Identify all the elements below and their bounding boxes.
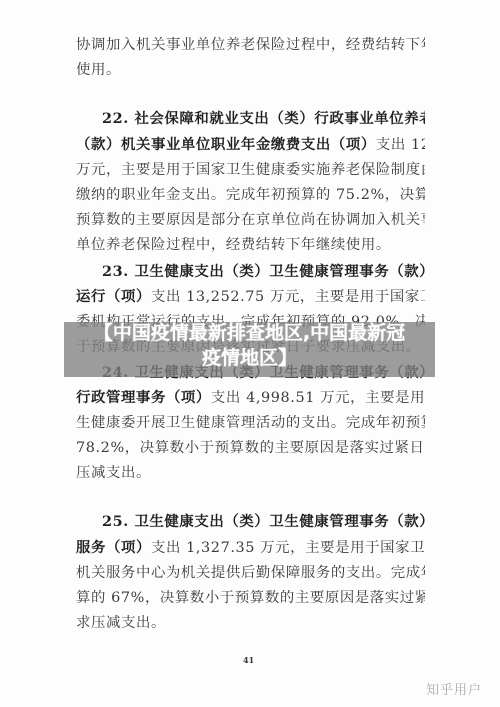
watermark: 知乎用户: [426, 679, 482, 698]
overlay-title: 【中国疫情最新排查地区,中国最新冠 疫情地区】: [64, 321, 435, 371]
paragraph-line: 缴纳的职业年金支出。完成年初预算的 75.2%，决算数小于: [76, 185, 425, 205]
paragraph-line: 78.2%，决算数小于预算数的主要原因是落实过紧日子要求: [76, 438, 425, 458]
paragraph-line: 服务（项）支出 1,327.35 万元，主要是用于国家卫生健康委: [76, 538, 425, 558]
page-number: 41: [243, 655, 254, 665]
section-heading-22: 22. 社会保障和就业支出（类）行政事业单位养老支出: [102, 109, 425, 129]
paragraph-line: 使用。: [76, 60, 425, 80]
paragraph-line: 万元，主要是用于国家卫生健康委实施养老保险制度由单位: [76, 160, 425, 180]
paragraph-line: 求压减支出。: [76, 613, 425, 633]
paragraph-line: 单位养老保险过程中，经费结转下年继续使用。: [76, 235, 425, 255]
paragraph-line: 预算数的主要原因是部分在京单位尚在协调加入机关事业: [76, 210, 425, 230]
overlay-title-line-2: 疫情地区】: [64, 346, 435, 371]
paragraph-line: 运行（项）支出 13,252.75 万元，主要是用于国家卫生健康: [76, 287, 425, 307]
section-heading-23: 23. 卫生健康支出（类）卫生健康管理事务（款）行政: [102, 262, 425, 282]
overlay-title-line-1: 【中国疫情最新排查地区,中国最新冠: [64, 321, 435, 346]
paragraph-line: 行政管理事务（项）支出 4,998.51 万元，主要是用于国家卫: [76, 388, 425, 408]
paragraph-line: 压减支出。: [76, 463, 425, 483]
paragraph-line: 算的 67%，决算数小于预算数的主要原因是落实过紧日子要: [76, 588, 425, 608]
section-heading-25: 25. 卫生健康支出（类）卫生健康管理事务（款）机关: [102, 512, 425, 532]
paragraph-line: 生健康委开展卫生健康管理活动的支出。完成年初预算的: [76, 413, 425, 433]
paragraph-line: 机关服务中心为机关提供后勤保障服务的支出。完成年初预: [76, 563, 425, 583]
paragraph-line: 协调加入机关事业单位养老保险过程中，经费结转下年继续: [76, 35, 425, 55]
paragraph-line: （款）机关事业单位职业年金缴费支出（项）支出 12,814.85: [76, 135, 425, 155]
